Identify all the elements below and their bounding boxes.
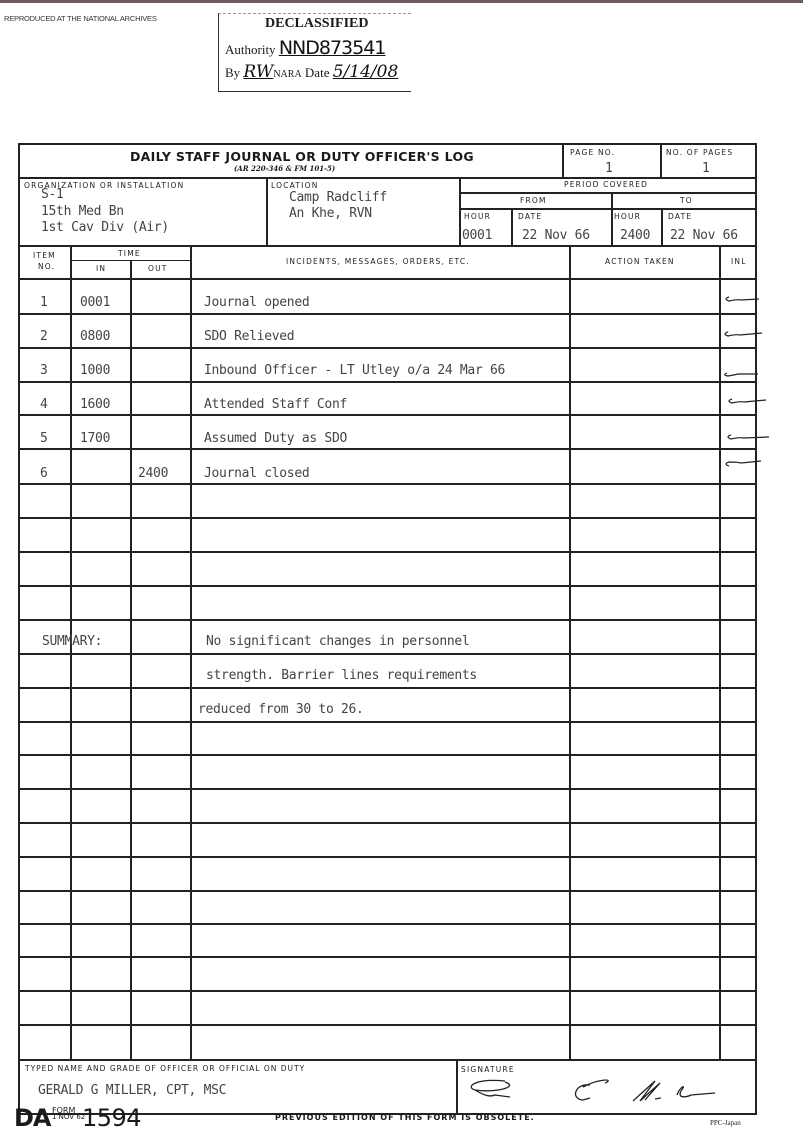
archive-note: REPRODUCED AT THE NATIONAL ARCHIVES	[4, 14, 157, 23]
scan-top-edge	[0, 0, 803, 3]
divider	[456, 1059, 458, 1115]
time-in: 0800	[80, 329, 110, 344]
divider	[20, 245, 757, 247]
row-line	[20, 619, 757, 621]
row-line	[20, 347, 757, 349]
to-date-label: DATE	[668, 212, 692, 221]
printer-note: PPC-Japan	[710, 1119, 741, 1127]
date-label: Date	[305, 65, 330, 80]
to-label: TO	[680, 196, 693, 205]
authority-value: NND873541	[279, 37, 386, 59]
location-label: LOCATION	[271, 181, 319, 190]
form-number: 1594	[82, 1104, 141, 1130]
time-in: 1700	[80, 431, 110, 446]
no-of-pages-label: NO. OF PAGES	[666, 148, 733, 157]
item-no: 3	[40, 363, 48, 378]
item-no: 5	[40, 431, 48, 446]
divider	[511, 208, 513, 245]
divider	[661, 208, 663, 245]
organization-line-3: 1st Cav Div (Air)	[41, 220, 169, 235]
row-line	[20, 278, 757, 280]
initial-icon	[725, 297, 769, 466]
item-no-header-2: NO.	[38, 262, 55, 271]
organization-line-2: 15th Med Bn	[41, 204, 124, 219]
row-line	[20, 754, 757, 756]
row-line	[20, 381, 757, 383]
entry-text: SDO Relieved	[204, 329, 294, 344]
row-line	[20, 890, 757, 892]
signature-icon	[465, 1073, 725, 1113]
entry-text: Assumed Duty as SDO	[204, 431, 347, 446]
row-line	[20, 313, 757, 315]
row-line	[20, 585, 757, 587]
divider	[459, 192, 757, 194]
organization-line-1: S-1	[41, 187, 64, 202]
location-line-2: An Khe, RVN	[289, 206, 372, 221]
row-line	[20, 856, 757, 858]
stamp-authority: Authority NND873541	[225, 37, 385, 59]
to-hour-value: 2400	[620, 228, 650, 243]
form-edition: 1 NOV 62	[52, 1114, 85, 1121]
row-line	[20, 551, 757, 553]
da-form-1594: DAILY STAFF JOURNAL OR DUTY OFFICER'S LO…	[18, 143, 757, 1115]
officer-label: TYPED NAME AND GRADE OF OFFICER OR OFFIC…	[25, 1064, 305, 1073]
divider	[562, 145, 564, 177]
action-header: ACTION TAKEN	[605, 257, 675, 266]
in-header: IN	[96, 264, 106, 273]
divider	[459, 208, 757, 210]
by-initials: RW	[243, 62, 273, 82]
row-line	[20, 1059, 757, 1061]
divider	[611, 192, 613, 245]
row-line	[20, 414, 757, 416]
from-hour-value: 0001	[462, 228, 492, 243]
declassification-stamp: DECLASSIFIED Authority NND873541 By RWNA…	[218, 13, 411, 92]
agency: NARA	[273, 69, 301, 80]
form-title: DAILY STAFF JOURNAL OR DUTY OFFICER'S LO…	[130, 149, 474, 164]
row-line	[20, 448, 757, 450]
officer-name: GERALD G MILLER, CPT, MSC	[38, 1083, 226, 1098]
row-line	[20, 653, 757, 655]
divider	[660, 145, 662, 177]
entry-text: Journal closed	[204, 466, 309, 481]
page-no-value: 1	[605, 161, 613, 176]
out-header: OUT	[148, 264, 168, 273]
date-value: 5/14/08	[333, 62, 399, 82]
summary-line-2: strength. Barrier lines requirements	[206, 668, 477, 683]
period-covered-label: PERIOD COVERED	[564, 180, 648, 189]
time-out: 2400	[138, 466, 168, 481]
summary-line-3: reduced from 30 to 26.	[198, 702, 364, 717]
item-no: 2	[40, 329, 48, 344]
row-line	[20, 788, 757, 790]
row-line	[20, 1024, 757, 1026]
time-header: TIME	[118, 249, 141, 258]
from-date-value: 22 Nov 66	[522, 228, 590, 243]
row-line	[20, 956, 757, 958]
incidents-header: INCIDENTS, MESSAGES, ORDERS, ETC.	[286, 257, 470, 266]
initials-marks	[720, 290, 770, 470]
summary-line-1: No significant changes in personnel	[206, 634, 469, 649]
no-of-pages-value: 1	[702, 161, 710, 176]
stamp-by: By RWNARA Date 5/14/08	[225, 62, 398, 82]
row-line	[20, 923, 757, 925]
time-in: 1000	[80, 363, 110, 378]
inl-header: INL	[731, 257, 747, 266]
to-date-value: 22 Nov 66	[670, 228, 738, 243]
row-line	[20, 517, 757, 519]
obsolete-note: PREVIOUS EDITION OF THIS FORM IS OBSOLET…	[275, 1113, 535, 1122]
row-line	[20, 687, 757, 689]
item-no: 4	[40, 397, 48, 412]
form-subtitle: (AR 220-346 & FM 101-5)	[234, 164, 335, 173]
summary-label: SUMMARY:	[42, 634, 102, 649]
time-in: 1600	[80, 397, 110, 412]
row-line	[20, 721, 757, 723]
item-no: 1	[40, 295, 48, 310]
entry-text: Inbound Officer - LT Utley o/a 24 Mar 66	[204, 363, 505, 378]
row-line	[20, 483, 757, 485]
from-hour-label: HOUR	[464, 212, 491, 221]
form-prefix: DA	[14, 1104, 51, 1130]
divider	[459, 177, 461, 245]
stamp-heading: DECLASSIFIED	[265, 16, 368, 32]
form-edition-block: FORM 1 NOV 62	[52, 1107, 85, 1121]
divider	[72, 260, 192, 261]
divider	[266, 177, 268, 245]
item-no: 6	[40, 466, 48, 481]
from-date-label: DATE	[518, 212, 542, 221]
authority-label: Authority	[225, 42, 276, 57]
time-in: 0001	[80, 295, 110, 310]
from-label: FROM	[520, 196, 547, 205]
row-line	[20, 990, 757, 992]
divider	[20, 177, 757, 179]
page-no-label: PAGE NO.	[570, 148, 615, 157]
location-line-1: Camp Radcliff	[289, 190, 387, 205]
entry-text: Journal opened	[204, 295, 309, 310]
entry-text: Attended Staff Conf	[204, 397, 347, 412]
item-no-header-1: ITEM	[33, 251, 56, 260]
row-line	[20, 822, 757, 824]
by-label: By	[225, 65, 240, 80]
to-hour-label: HOUR	[614, 212, 641, 221]
